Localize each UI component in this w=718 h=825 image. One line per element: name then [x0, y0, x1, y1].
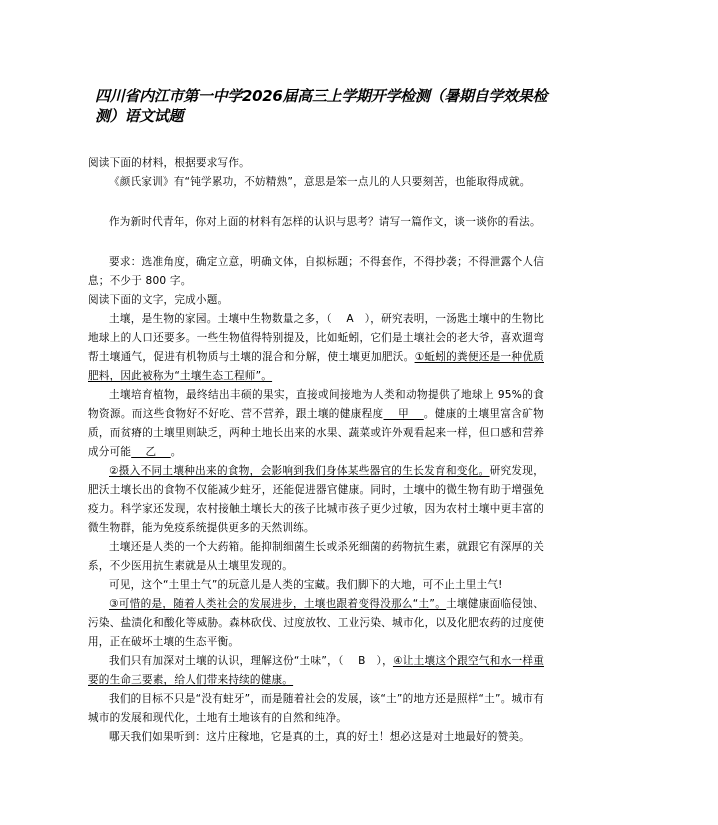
- underlined-sentence-3: ③可惜的是，随着人类社会的发展进步，土壤也跟着变得没那么“土”。: [109, 598, 446, 610]
- writing-instruction: 阅读下面的材料，根据要求写作。: [88, 154, 544, 173]
- writing-requirements: 要求：选准角度，确定立意，明确文体，自拟标题；不得套作，不得抄袭；不得泄露个人信…: [88, 253, 544, 291]
- passage-paragraph-2: 土壤培育植物，最终结出丰硕的果实，直接或间接地为人类和动物提供了地球上 95%的…: [88, 386, 544, 462]
- spacer: [88, 232, 544, 251]
- passage-paragraph-7: 我们只有加深对土壤的认识，理解这份“土味”，（ B ），④让土壤这个跟空气和水一…: [88, 652, 544, 690]
- paragraph-text: 。: [171, 446, 182, 458]
- document-title: 四川省内江市第一中学2026届高三上学期开学检测（暑期自学效果检测）语文试题: [95, 86, 555, 126]
- passage-paragraph-8: 我们的目标不只是“没有蛀牙”，而是随着社会的发展，该“土”的地方还是照样“土”。…: [88, 690, 544, 728]
- passage-paragraph-6: ③可惜的是，随着人类社会的发展进步，土壤也跟着变得没那么“土”。土壤健康面临侵蚀…: [88, 595, 544, 652]
- writing-material: 《颜氏家训》有“钝学累功，不妨精熟”，意思是笨一点儿的人只要刻苦，也能取得成就。: [88, 173, 544, 192]
- writing-prompt: 作为新时代青年，你对上面的材料有怎样的认识与思考？请写一篇作文，谈一谈你的看法。: [88, 213, 544, 232]
- passage-paragraph-1: 土壤，是生物的家园。土壤中生物数量之多，（ A ），研究表明，一汤匙土壤中的生物…: [88, 310, 544, 386]
- blank-jia: 甲: [383, 408, 423, 420]
- passage-paragraph-4: 土壤还是人类的一个大药箱。能抑制细菌生长或杀死细菌的药物抗生素，就跟它有深厚的关…: [88, 538, 544, 576]
- spacer: [88, 192, 544, 211]
- reading-instruction: 阅读下面的文字，完成小题。: [88, 291, 544, 310]
- passage-paragraph-5: 可见，这个“土里土气”的玩意儿是人类的宝藏。我们脚下的大地，可不止土里土气!: [88, 576, 544, 595]
- passage-paragraph-9: 哪天我们如果听到：这片庄稼地，它是真的土，真的好土！想必这是对土地最好的赞美。: [88, 728, 544, 747]
- paragraph-text: 我们只有加深对土壤的认识，理解这份“土味”，（ B ），: [109, 655, 393, 667]
- underlined-sentence-2: ②摄入不同土壤种出来的食物，会影响到我们身体某些器官的生长发育和变化。: [109, 465, 490, 477]
- blank-yi: 乙: [131, 446, 171, 458]
- document-body: 阅读下面的材料，根据要求写作。 《颜氏家训》有“钝学累功，不妨精熟”，意思是笨一…: [88, 154, 544, 747]
- passage-paragraph-3: ②摄入不同土壤种出来的食物，会影响到我们身体某些器官的生长发育和变化。研究发现，…: [88, 462, 544, 538]
